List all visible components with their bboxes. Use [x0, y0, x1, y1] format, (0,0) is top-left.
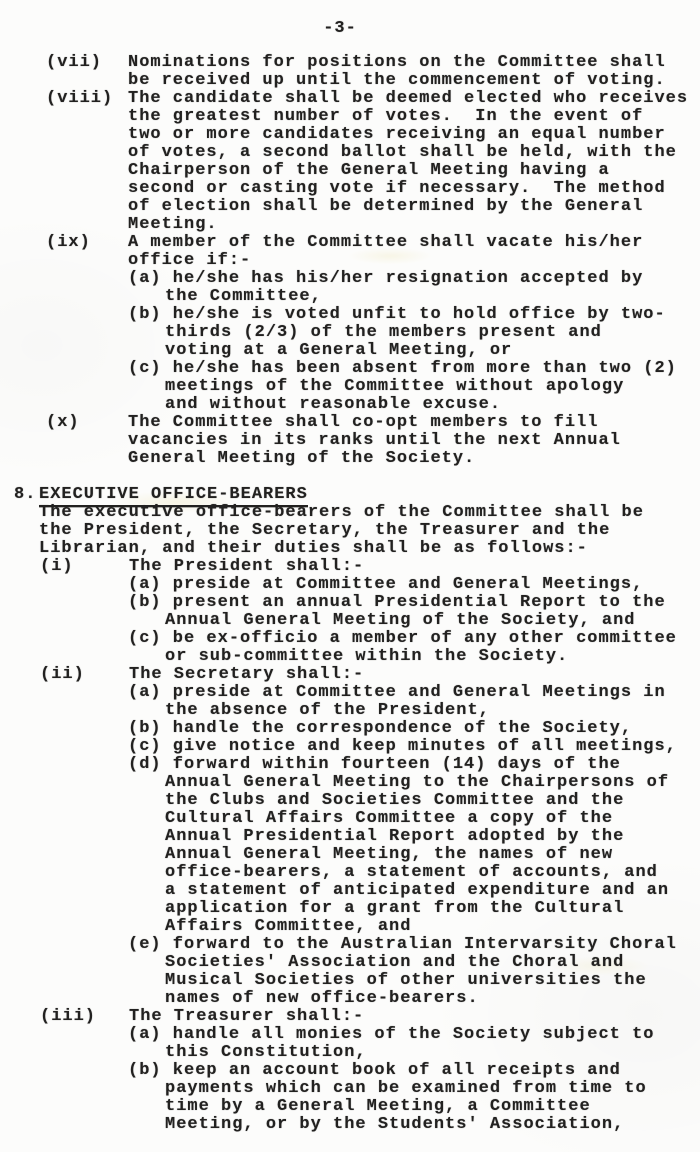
text-line: Musical Societies of other universities … — [0, 971, 700, 989]
line-text: the Committee, — [165, 287, 322, 306]
text-line: (i)The President shall:- — [0, 557, 700, 575]
text-line: (a) he/she has his/her resignation accep… — [0, 269, 700, 287]
text-line: (e) forward to the Australian Intervarsi… — [0, 935, 700, 953]
line-text: Annual General Meeting to the Chairperso… — [165, 773, 669, 792]
text-line: the President, the Secretary, the Treasu… — [0, 521, 700, 539]
line-text: Societies' Association and the Choral an… — [165, 953, 624, 972]
list-item-label: (viii) — [46, 89, 113, 108]
line-text: (b) keep an account book of all receipts… — [128, 1061, 621, 1080]
text-line: (b) keep an account book of all receipts… — [0, 1061, 700, 1079]
line-text: office-bearers, a statement of accounts,… — [165, 863, 658, 882]
line-text: of votes, a second ballot shall be held,… — [128, 143, 677, 162]
line-text: Librarian, and their duties shall be as … — [39, 539, 588, 558]
line-text: the Clubs and Societies Committee and th… — [165, 791, 624, 810]
text-line: Annual General Meeting to the Chairperso… — [0, 773, 700, 791]
line-text: two or more candidates receiving an equa… — [128, 125, 666, 144]
text-line: thirds (2/3) of the members present and — [0, 323, 700, 341]
text-line: (c) be ex-officio a member of any other … — [0, 629, 700, 647]
line-text: second or casting vote if necessary. The… — [128, 179, 666, 198]
text-line: Annual General Meeting of the Society, a… — [0, 611, 700, 629]
line-text: this Constitution, — [165, 1043, 367, 1062]
line-text: (c) be ex-officio a member of any other … — [128, 629, 677, 648]
text-line: (a) handle all monies of the Society sub… — [0, 1025, 700, 1043]
list-item-label: (ix) — [46, 233, 91, 252]
line-text: application for a grant from the Cultura… — [165, 899, 624, 918]
text-line: (c) he/she has been absent from more tha… — [0, 359, 700, 377]
text-line: General Meeting of the Society. — [0, 449, 700, 467]
line-text: payments which can be examined from time… — [165, 1079, 647, 1098]
text-line: time by a General Meeting, a Committee — [0, 1097, 700, 1115]
text-line: The executive office-bearers of the Comm… — [0, 503, 700, 521]
text-line: Annual Presidential Report adopted by th… — [0, 827, 700, 845]
line-text: The President shall:- — [129, 557, 364, 576]
text-line: the absence of the President, — [0, 701, 700, 719]
line-text: or sub-committee within the Society. — [165, 647, 568, 666]
text-line: (b) present an annual Presidential Repor… — [0, 593, 700, 611]
text-line: office if:- — [0, 251, 700, 269]
document-lines: (vii)Nominations for positions on the Co… — [0, 53, 700, 1133]
text-line: office-bearers, a statement of accounts,… — [0, 863, 700, 881]
text-line: (d) forward within fourteen (14) days of… — [0, 755, 700, 773]
line-text: the President, the Secretary, the Treasu… — [39, 521, 610, 540]
line-text: (d) forward within fourteen (14) days of… — [128, 755, 621, 774]
text-line: (vii)Nominations for positions on the Co… — [0, 53, 700, 71]
line-text: The Secretary shall:- — [129, 665, 364, 684]
text-line: a statement of anticipated expenditure a… — [0, 881, 700, 899]
line-text: A member of the Committee shall vacate h… — [128, 233, 643, 252]
line-text: Affairs Committee, and — [165, 917, 411, 936]
text-line: (ii)The Secretary shall:- — [0, 665, 700, 683]
text-line: the greatest number of votes. In the eve… — [0, 107, 700, 125]
blank-line — [0, 467, 700, 485]
text-line: (a) preside at Committee and General Mee… — [0, 575, 700, 593]
text-line: (b) he/she is voted unfit to hold office… — [0, 305, 700, 323]
list-item-label: (vii) — [46, 53, 102, 72]
text-line: two or more candidates receiving an equa… — [0, 125, 700, 143]
line-text: and without reasonable excuse. — [165, 395, 501, 414]
text-line: Affairs Committee, and — [0, 917, 700, 935]
list-item-label: (ii) — [40, 665, 85, 684]
text-line: Annual General Meeting, the names of new — [0, 845, 700, 863]
line-text: Annual General Meeting of the Society, a… — [165, 611, 635, 630]
list-item-label: (i) — [40, 557, 74, 576]
line-text: voting at a General Meeting, or — [165, 341, 512, 360]
text-line: of election shall be determined by the G… — [0, 197, 700, 215]
text-line: Societies' Association and the Choral an… — [0, 953, 700, 971]
text-line: payments which can be examined from time… — [0, 1079, 700, 1097]
line-text: (a) handle all monies of the Society sub… — [128, 1025, 654, 1044]
line-text: of election shall be determined by the G… — [128, 197, 643, 216]
line-text: be received up until the commencement of… — [128, 71, 666, 90]
text-line: (b) handle the correspondence of the Soc… — [0, 719, 700, 737]
page-number: -3- — [0, 19, 690, 38]
text-line: the Committee, — [0, 287, 700, 305]
line-text: Meeting, or by the Students' Association… — [165, 1115, 624, 1134]
line-text: a statement of anticipated expenditure a… — [165, 881, 669, 900]
text-line: meetings of the Committee without apolog… — [0, 377, 700, 395]
text-line: the Clubs and Societies Committee and th… — [0, 791, 700, 809]
line-text: the greatest number of votes. In the eve… — [128, 107, 643, 126]
text-line: Meeting. — [0, 215, 700, 233]
text-line: (viii)The candidate shall be deemed elec… — [0, 89, 700, 107]
section-heading-row: 8.EXECUTIVE OFFICE-BEARERS — [0, 485, 700, 503]
line-text: Chairperson of the General Meeting havin… — [128, 161, 610, 180]
text-line: be received up until the commencement of… — [0, 71, 700, 89]
line-text: office if:- — [128, 251, 251, 270]
text-line: application for a grant from the Cultura… — [0, 899, 700, 917]
line-text: (b) present an annual Presidential Repor… — [128, 593, 666, 612]
line-text: names of new office-bearers. — [165, 989, 479, 1008]
text-line: vacancies in its ranks until the next An… — [0, 431, 700, 449]
line-text: (a) preside at Committee and General Mee… — [128, 683, 666, 702]
section-number: 8. — [14, 485, 36, 504]
line-text: (c) he/she has been absent from more tha… — [128, 359, 677, 378]
text-line: Meeting, or by the Students' Association… — [0, 1115, 700, 1133]
line-text: Nominations for positions on the Committ… — [128, 53, 666, 72]
line-text: thirds (2/3) of the members present and — [165, 323, 602, 342]
line-text: (b) he/she is voted unfit to hold office… — [128, 305, 666, 324]
text-line: voting at a General Meeting, or — [0, 341, 700, 359]
line-text: General Meeting of the Society. — [128, 449, 475, 468]
text-line: Chairperson of the General Meeting havin… — [0, 161, 700, 179]
text-line: or sub-committee within the Society. — [0, 647, 700, 665]
line-text: Cultural Affairs Committee a copy of the — [165, 809, 613, 828]
text-line: (x)The Committee shall co-opt members to… — [0, 413, 700, 431]
line-text: vacancies in its ranks until the next An… — [128, 431, 621, 450]
line-text: (b) handle the correspondence of the Soc… — [128, 719, 632, 738]
line-text: Meeting. — [128, 215, 218, 234]
list-item-label: (iii) — [40, 1007, 96, 1026]
line-text: (a) preside at Committee and General Mee… — [128, 575, 643, 594]
text-line: (ix)A member of the Committee shall vaca… — [0, 233, 700, 251]
text-line: (a) preside at Committee and General Mee… — [0, 683, 700, 701]
line-text: the absence of the President, — [165, 701, 490, 720]
text-line: and without reasonable excuse. — [0, 395, 700, 413]
line-text: The Treasurer shall:- — [129, 1007, 364, 1026]
text-line: Cultural Affairs Committee a copy of the — [0, 809, 700, 827]
line-text: time by a General Meeting, a Committee — [165, 1097, 591, 1116]
line-text: (c) give notice and keep minutes of all … — [128, 737, 677, 756]
line-text: meetings of the Committee without apolog… — [165, 377, 624, 396]
list-item-label: (x) — [46, 413, 80, 432]
line-text: (a) he/she has his/her resignation accep… — [128, 269, 643, 288]
text-line: Librarian, and their duties shall be as … — [0, 539, 700, 557]
text-line: of votes, a second ballot shall be held,… — [0, 143, 700, 161]
text-line: second or casting vote if necessary. The… — [0, 179, 700, 197]
line-text: The candidate shall be deemed elected wh… — [128, 89, 688, 108]
line-text: Annual General Meeting, the names of new — [165, 845, 613, 864]
text-line: (iii)The Treasurer shall:- — [0, 1007, 700, 1025]
line-text: The Committee shall co-opt members to fi… — [128, 413, 598, 432]
text-line: this Constitution, — [0, 1043, 700, 1061]
document-page: -3- (vii)Nominations for positions on th… — [0, 0, 700, 1152]
line-text: Musical Societies of other universities … — [165, 971, 647, 990]
text-line: (c) give notice and keep minutes of all … — [0, 737, 700, 755]
text-line: names of new office-bearers. — [0, 989, 700, 1007]
line-text: Annual Presidential Report adopted by th… — [165, 827, 624, 846]
line-text: (e) forward to the Australian Intervarsi… — [128, 935, 677, 954]
line-text: The executive office-bearers of the Comm… — [39, 503, 644, 522]
